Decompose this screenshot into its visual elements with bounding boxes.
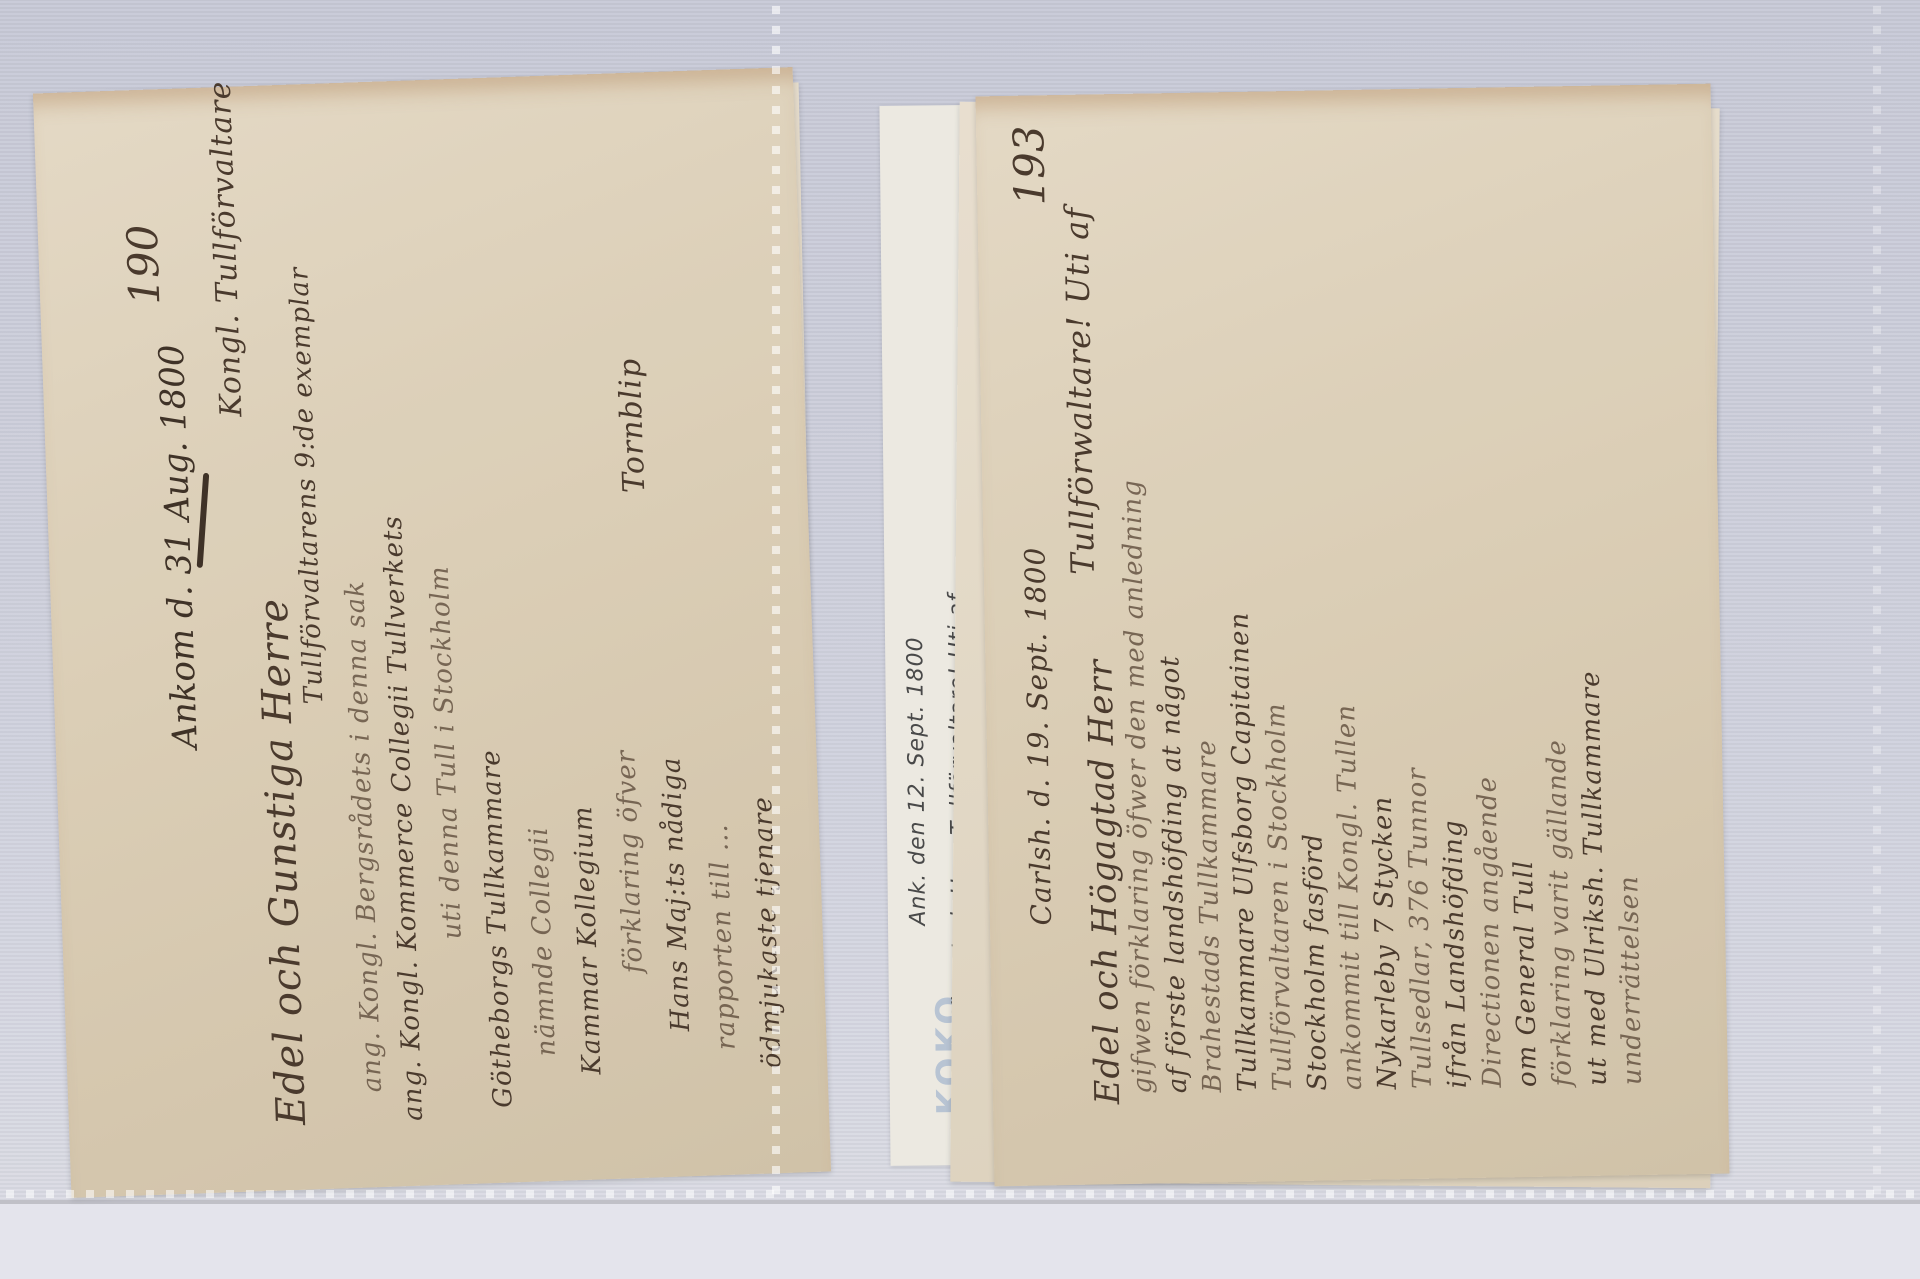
sleeve-perforation-right [1873, 0, 1881, 1200]
sleeve-perforation-center [772, 0, 780, 1200]
sleeve-perforation-bottom [0, 1190, 1920, 1198]
plastic-sleeve [0, 0, 1920, 1204]
table-surface [0, 1200, 1920, 1279]
